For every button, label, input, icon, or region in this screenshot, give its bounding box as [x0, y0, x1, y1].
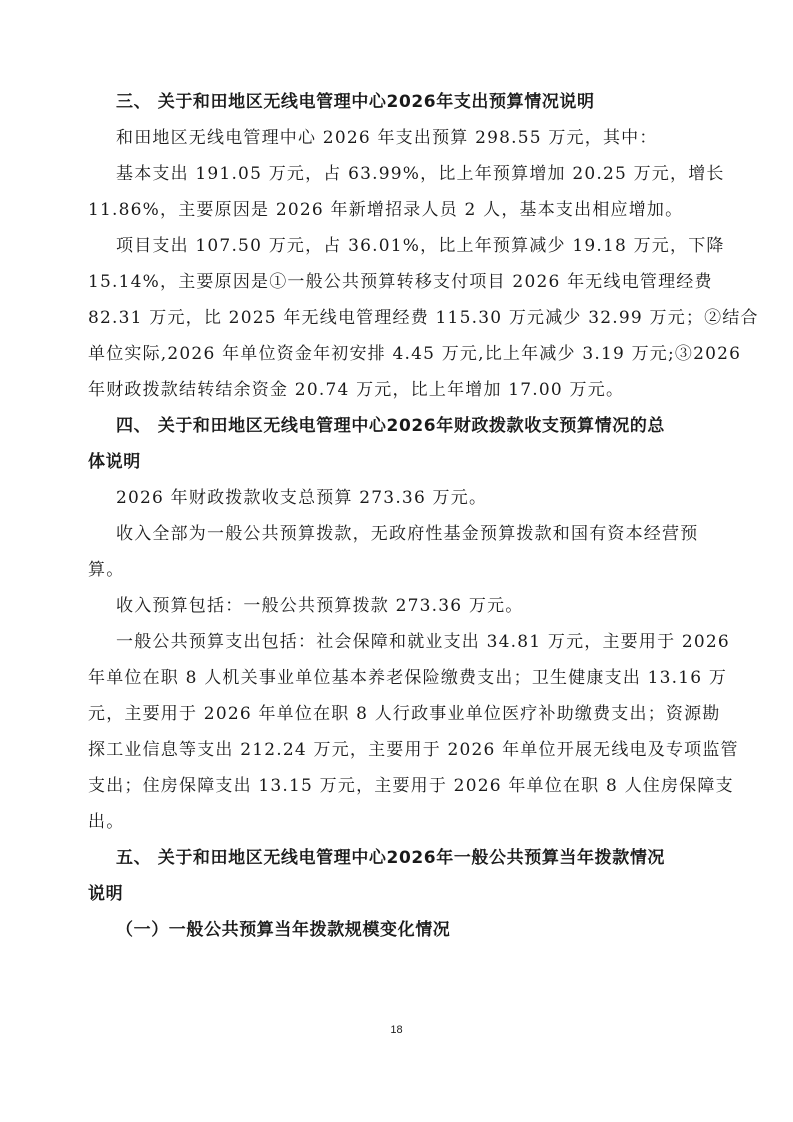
paragraph-line: 算。	[88, 552, 706, 588]
paragraph-line: 一般公共预算支出包括：社会保障和就业支出 34.81 万元，主要用于 2026	[88, 624, 706, 660]
paragraph-line: 2026 年财政拨款收支总预算 273.36 万元。	[88, 480, 706, 516]
section-4-heading: 四、 关于和田地区无线电管理中心2026年财政拨款收支预算情况的总	[88, 408, 706, 444]
paragraph-line: 收入全部为一般公共预算拨款，无政府性基金预算拨款和国有资本经营预	[88, 516, 706, 552]
paragraph-line: 82.31 万元，比 2025 年无线电管理经费 115.30 万元减少 32.…	[88, 300, 706, 336]
paragraph-line: 15.14%，主要原因是①一般公共预算转移支付项目 2026 年无线电管理经费	[88, 264, 706, 300]
section-5-subheading: （一）一般公共预算当年拨款规模变化情况	[88, 912, 706, 948]
paragraph-line: 基本支出 191.05 万元，占 63.99%，比上年预算增加 20.25 万元…	[88, 156, 706, 192]
paragraph-line: 收入预算包括：一般公共预算拨款 273.36 万元。	[88, 588, 706, 624]
section-4-heading-continued: 体说明	[88, 444, 706, 480]
section-5-heading-continued: 说明	[88, 876, 706, 912]
paragraph-line: 探工业信息等支出 212.24 万元，主要用于 2026 年单位开展无线电及专项…	[88, 732, 706, 768]
paragraph-line: 元，主要用于 2026 年单位在职 8 人行政事业单位医疗补助缴费支出；资源勘	[88, 696, 706, 732]
paragraph-line: 和田地区无线电管理中心 2026 年支出预算 298.55 万元，其中：	[88, 120, 706, 156]
paragraph-line: 11.86%，主要原因是 2026 年新增招录人员 2 人，基本支出相应增加。	[88, 192, 706, 228]
page-number: 18	[0, 1024, 793, 1036]
paragraph-line: 年财政拨款结转结余资金 20.74 万元，比上年增加 17.00 万元。	[88, 372, 706, 408]
paragraph-line: 年单位在职 8 人机关事业单位基本养老保险缴费支出；卫生健康支出 13.16 万	[88, 660, 706, 696]
paragraph-line: 单位实际,2026 年单位资金年初安排 4.45 万元,比上年减少 3.19 万…	[88, 336, 706, 372]
section-5-heading: 五、 关于和田地区无线电管理中心2026年一般公共预算当年拨款情况	[88, 840, 706, 876]
section-3-heading: 三、 关于和田地区无线电管理中心2026年支出预算情况说明	[88, 84, 706, 120]
paragraph-line: 项目支出 107.50 万元，占 36.01%，比上年预算减少 19.18 万元…	[88, 228, 706, 264]
document-page: 三、 关于和田地区无线电管理中心2026年支出预算情况说明 和田地区无线电管理中…	[88, 84, 706, 948]
paragraph-line: 出。	[88, 804, 706, 840]
paragraph-line: 支出；住房保障支出 13.15 万元，主要用于 2026 年单位在职 8 人住房…	[88, 768, 706, 804]
